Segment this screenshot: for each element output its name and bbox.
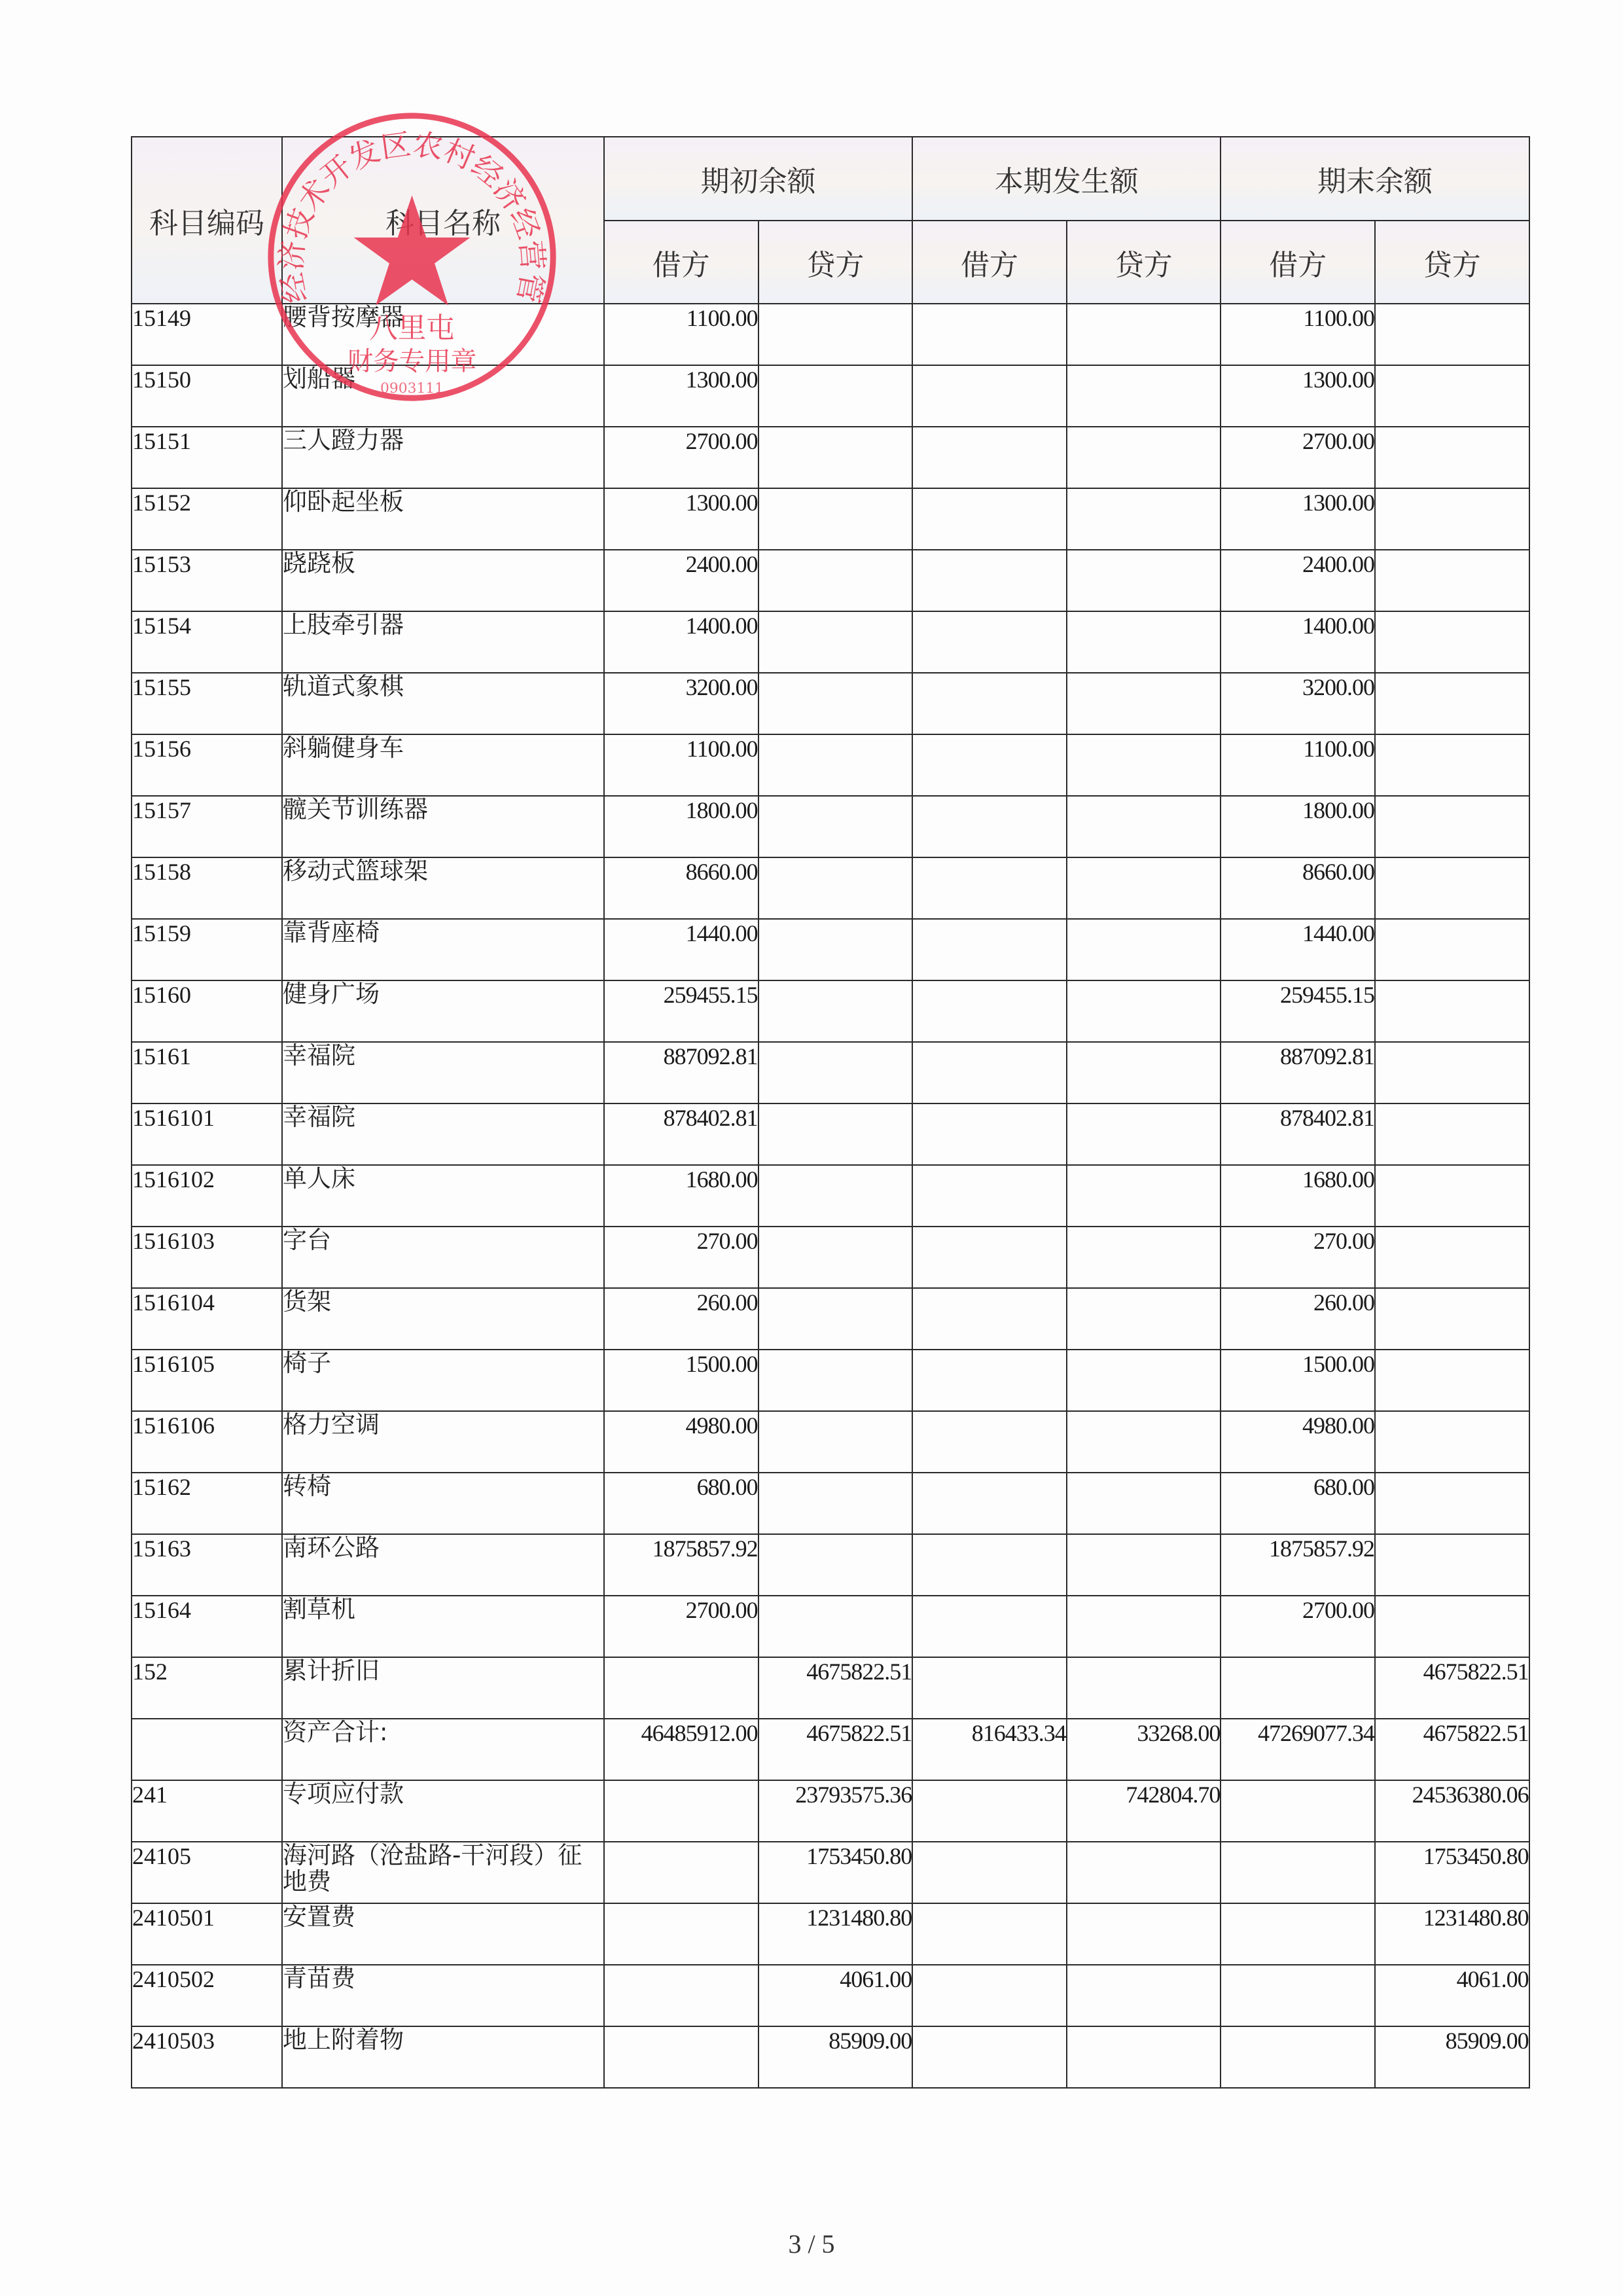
account-code: 15155	[132, 673, 282, 734]
amount-cur-dr	[912, 365, 1067, 427]
amount-end-dr	[1221, 1903, 1375, 1965]
table-row: 15164割草机2700.002700.00	[132, 1596, 1529, 1657]
amount-cur-cr	[1067, 1350, 1221, 1411]
table-row: 1516105椅子1500.001500.00	[132, 1350, 1529, 1411]
amount-end-dr: 47269077.34	[1221, 1719, 1375, 1780]
account-name: 割草机	[282, 1596, 604, 1657]
amount-end-cr: 4675822.51	[1375, 1657, 1529, 1719]
account-name: 腰背按摩器	[282, 304, 604, 365]
amount-cur-dr	[912, 919, 1067, 980]
table-row: 15158移动式篮球架8660.008660.00	[132, 857, 1529, 919]
amount-end-dr: 1800.00	[1221, 796, 1375, 857]
amount-cur-dr	[912, 1596, 1067, 1657]
amount-open-dr: 1100.00	[604, 304, 758, 365]
amount-end-dr: 1300.00	[1221, 365, 1375, 427]
account-name: 南环公路	[282, 1534, 604, 1596]
amount-open-cr	[758, 1288, 913, 1350]
amount-cur-cr	[1067, 980, 1221, 1042]
amount-end-dr	[1221, 2026, 1375, 2088]
amount-open-dr: 1100.00	[604, 734, 758, 796]
amount-cur-dr	[912, 2026, 1067, 2088]
account-name: 地上附着物	[282, 2026, 604, 2088]
amount-end-cr: 1231480.80	[1375, 1903, 1529, 1965]
account-name: 跷跷板	[282, 550, 604, 611]
account-name: 字台	[282, 1227, 604, 1288]
amount-open-dr: 8660.00	[604, 857, 758, 919]
account-name: 移动式篮球架	[282, 857, 604, 919]
amount-cur-dr	[912, 796, 1067, 857]
table-row: 2410503地上附着物85909.0085909.00	[132, 2026, 1529, 2088]
header-current-debit: 借方	[912, 221, 1067, 304]
amount-open-dr: 260.00	[604, 1288, 758, 1350]
amount-open-dr: 1875857.92	[604, 1534, 758, 1596]
amount-end-cr	[1375, 427, 1529, 488]
account-name: 幸福院	[282, 1042, 604, 1103]
header-opening-credit: 贷方	[758, 221, 913, 304]
account-code: 1516104	[132, 1288, 282, 1350]
account-code: 15151	[132, 427, 282, 488]
amount-open-cr	[758, 673, 913, 734]
account-code	[132, 1719, 282, 1780]
amount-open-cr	[758, 1042, 913, 1103]
account-name: 单人床	[282, 1165, 604, 1227]
table-row: 15162转椅680.00680.00	[132, 1473, 1529, 1534]
amount-cur-cr	[1067, 611, 1221, 673]
amount-cur-cr: 742804.70	[1067, 1780, 1221, 1842]
account-code: 15154	[132, 611, 282, 673]
amount-cur-cr	[1067, 304, 1221, 365]
amount-end-dr: 2700.00	[1221, 427, 1375, 488]
table-row: 24105海河路（沧盐路-干河段）征地费1753450.801753450.80	[132, 1842, 1529, 1903]
amount-end-dr: 270.00	[1221, 1227, 1375, 1288]
account-name: 轨道式象棋	[282, 673, 604, 734]
table-row: 15149腰背按摩器1100.001100.00	[132, 304, 1529, 365]
amount-end-cr	[1375, 611, 1529, 673]
account-name: 斜躺健身车	[282, 734, 604, 796]
amount-open-dr: 259455.15	[604, 980, 758, 1042]
amount-cur-dr	[912, 673, 1067, 734]
amount-open-dr	[604, 1965, 758, 2026]
account-code: 24105	[132, 1842, 282, 1903]
table-row: 2410501安置费1231480.801231480.80	[132, 1903, 1529, 1965]
amount-open-cr: 4675822.51	[758, 1657, 913, 1719]
amount-cur-cr	[1067, 734, 1221, 796]
amount-end-cr	[1375, 1350, 1529, 1411]
header-closing-credit: 贷方	[1375, 221, 1529, 304]
amount-end-cr	[1375, 304, 1529, 365]
amount-open-cr	[758, 427, 913, 488]
account-code: 1516106	[132, 1411, 282, 1473]
amount-cur-cr	[1067, 1103, 1221, 1165]
account-name: 幸福院	[282, 1103, 604, 1165]
amount-open-dr: 1800.00	[604, 796, 758, 857]
account-name: 安置费	[282, 1903, 604, 1965]
amount-end-cr	[1375, 734, 1529, 796]
amount-cur-cr	[1067, 673, 1221, 734]
amount-cur-cr	[1067, 1657, 1221, 1719]
amount-open-dr: 4980.00	[604, 1411, 758, 1473]
amount-cur-dr: 816433.34	[912, 1719, 1067, 1780]
amount-open-dr: 3200.00	[604, 673, 758, 734]
amount-open-cr: 85909.00	[758, 2026, 913, 2088]
amount-cur-dr	[912, 1227, 1067, 1288]
account-name: 椅子	[282, 1350, 604, 1411]
amount-end-dr	[1221, 1842, 1375, 1903]
table-row: 15161幸福院887092.81887092.81	[132, 1042, 1529, 1103]
amount-open-dr: 270.00	[604, 1227, 758, 1288]
table-row: 15154上肢牵引器1400.001400.00	[132, 611, 1529, 673]
table-row: 15150划船器1300.001300.00	[132, 365, 1529, 427]
account-code: 15161	[132, 1042, 282, 1103]
amount-end-dr: 3200.00	[1221, 673, 1375, 734]
amount-cur-cr	[1067, 1227, 1221, 1288]
amount-end-cr	[1375, 1165, 1529, 1227]
amount-cur-cr	[1067, 1965, 1221, 2026]
account-code: 15153	[132, 550, 282, 611]
amount-cur-cr	[1067, 488, 1221, 550]
amount-open-dr: 2400.00	[604, 550, 758, 611]
amount-end-cr	[1375, 1103, 1529, 1165]
amount-cur-dr	[912, 1534, 1067, 1596]
account-name: 海河路（沧盐路-干河段）征地费	[282, 1842, 604, 1903]
account-name: 健身广场	[282, 980, 604, 1042]
amount-open-dr	[604, 1780, 758, 1842]
account-name: 上肢牵引器	[282, 611, 604, 673]
amount-open-dr: 2700.00	[604, 1596, 758, 1657]
account-code: 15162	[132, 1473, 282, 1534]
amount-cur-cr	[1067, 1165, 1221, 1227]
header-opening-balance: 期初余额	[604, 137, 912, 221]
amount-cur-cr	[1067, 1042, 1221, 1103]
account-code: 2410502	[132, 1965, 282, 2026]
amount-open-cr	[758, 919, 913, 980]
amount-end-cr	[1375, 980, 1529, 1042]
account-name: 专项应付款	[282, 1780, 604, 1842]
account-name: 仰卧起坐板	[282, 488, 604, 550]
account-name: 格力空调	[282, 1411, 604, 1473]
amount-end-cr: 4675822.51	[1375, 1719, 1529, 1780]
account-name: 货架	[282, 1288, 604, 1350]
amount-open-cr	[758, 1596, 913, 1657]
account-name: 三人蹬力器	[282, 427, 604, 488]
amount-open-dr: 46485912.00	[604, 1719, 758, 1780]
amount-cur-dr	[912, 980, 1067, 1042]
amount-cur-dr	[912, 427, 1067, 488]
amount-cur-cr	[1067, 2026, 1221, 2088]
account-code: 1516101	[132, 1103, 282, 1165]
amount-open-dr: 878402.81	[604, 1103, 758, 1165]
amount-cur-dr	[912, 1411, 1067, 1473]
document-page: 科目编码 科目名称 期初余额 本期发生额 期末余额 借方 贷方 借方 贷方 借方…	[0, 0, 1623, 2296]
amount-open-cr	[758, 611, 913, 673]
table-row: 15151三人蹬力器2700.002700.00	[132, 427, 1529, 488]
amount-cur-cr	[1067, 1411, 1221, 1473]
amount-open-cr	[758, 304, 913, 365]
amount-cur-cr: 33268.00	[1067, 1719, 1221, 1780]
account-code: 152	[132, 1657, 282, 1719]
amount-end-cr: 24536380.06	[1375, 1780, 1529, 1842]
account-code: 15149	[132, 304, 282, 365]
account-code: 15156	[132, 734, 282, 796]
amount-end-cr	[1375, 1227, 1529, 1288]
amount-open-dr: 2700.00	[604, 427, 758, 488]
amount-cur-dr	[912, 1903, 1067, 1965]
amount-cur-dr	[912, 611, 1067, 673]
amount-cur-cr	[1067, 1288, 1221, 1350]
amount-cur-cr	[1067, 1473, 1221, 1534]
amount-end-dr: 1500.00	[1221, 1350, 1375, 1411]
header-closing-balance: 期末余额	[1221, 137, 1529, 221]
amount-cur-cr	[1067, 1903, 1221, 1965]
amount-open-cr	[758, 796, 913, 857]
amount-cur-cr	[1067, 1534, 1221, 1596]
amount-end-cr: 4061.00	[1375, 1965, 1529, 2026]
amount-cur-dr	[912, 488, 1067, 550]
amount-open-dr: 1300.00	[604, 365, 758, 427]
amount-end-dr: 8660.00	[1221, 857, 1375, 919]
amount-open-dr	[604, 1657, 758, 1719]
amount-end-dr: 2700.00	[1221, 1596, 1375, 1657]
amount-end-cr: 1753450.80	[1375, 1842, 1529, 1903]
amount-end-dr	[1221, 1780, 1375, 1842]
amount-open-cr: 23793575.36	[758, 1780, 913, 1842]
amount-open-dr: 1500.00	[604, 1350, 758, 1411]
amount-cur-cr	[1067, 1596, 1221, 1657]
amount-open-cr	[758, 857, 913, 919]
amount-cur-cr	[1067, 550, 1221, 611]
table-row: 1516102单人床1680.001680.00	[132, 1165, 1529, 1227]
amount-end-cr	[1375, 1288, 1529, 1350]
header-current-period: 本期发生额	[912, 137, 1221, 221]
amount-open-dr: 1440.00	[604, 919, 758, 980]
amount-cur-dr	[912, 1780, 1067, 1842]
account-name: 髋关节训练器	[282, 796, 604, 857]
amount-end-dr: 1100.00	[1221, 304, 1375, 365]
amount-open-cr	[758, 365, 913, 427]
amount-end-cr	[1375, 1411, 1529, 1473]
amount-cur-dr	[912, 1473, 1067, 1534]
amount-open-cr: 1753450.80	[758, 1842, 913, 1903]
account-code: 2410503	[132, 2026, 282, 2088]
amount-end-cr	[1375, 919, 1529, 980]
amount-open-cr	[758, 1473, 913, 1534]
balance-table: 科目编码 科目名称 期初余额 本期发生额 期末余额 借方 贷方 借方 贷方 借方…	[131, 136, 1530, 2089]
account-name: 累计折旧	[282, 1657, 604, 1719]
account-code: 1516102	[132, 1165, 282, 1227]
amount-open-cr	[758, 734, 913, 796]
amount-cur-cr	[1067, 857, 1221, 919]
header-account-code: 科目编码	[132, 137, 282, 304]
table-row: 15153跷跷板2400.002400.00	[132, 550, 1529, 611]
table-row: 1516106格力空调4980.004980.00	[132, 1411, 1529, 1473]
amount-cur-cr	[1067, 1842, 1221, 1903]
amount-cur-dr	[912, 1965, 1067, 2026]
amount-cur-dr	[912, 1350, 1067, 1411]
amount-end-cr	[1375, 1534, 1529, 1596]
account-code: 15157	[132, 796, 282, 857]
amount-open-cr	[758, 488, 913, 550]
table-row: 241专项应付款23793575.36742804.7024536380.06	[132, 1780, 1529, 1842]
amount-open-cr	[758, 1350, 913, 1411]
amount-open-dr	[604, 2026, 758, 2088]
amount-end-cr	[1375, 365, 1529, 427]
amount-open-dr: 680.00	[604, 1473, 758, 1534]
account-name: 划船器	[282, 365, 604, 427]
amount-open-cr	[758, 1534, 913, 1596]
account-code: 1516105	[132, 1350, 282, 1411]
amount-end-cr	[1375, 673, 1529, 734]
amount-open-dr	[604, 1842, 758, 1903]
amount-open-cr	[758, 1411, 913, 1473]
amount-cur-dr	[912, 1165, 1067, 1227]
amount-open-dr: 887092.81	[604, 1042, 758, 1103]
account-name: 青苗费	[282, 1965, 604, 2026]
amount-end-dr: 2400.00	[1221, 550, 1375, 611]
amount-open-cr	[758, 550, 913, 611]
amount-cur-dr	[912, 734, 1067, 796]
table-row: 1516104货架260.00260.00	[132, 1288, 1529, 1350]
amount-end-dr: 1440.00	[1221, 919, 1375, 980]
amount-end-dr: 1300.00	[1221, 488, 1375, 550]
amount-cur-dr	[912, 550, 1067, 611]
amount-end-cr	[1375, 857, 1529, 919]
table-row: 15159靠背座椅1440.001440.00	[132, 919, 1529, 980]
amount-cur-cr	[1067, 796, 1221, 857]
account-code: 2410501	[132, 1903, 282, 1965]
table-row: 2410502青苗费4061.004061.00	[132, 1965, 1529, 2026]
amount-cur-dr	[912, 1288, 1067, 1350]
table-row: 15163南环公路1875857.921875857.92	[132, 1534, 1529, 1596]
table-row: 1516101幸福院878402.81878402.81	[132, 1103, 1529, 1165]
table-row: 15152仰卧起坐板1300.001300.00	[132, 488, 1529, 550]
account-code: 241	[132, 1780, 282, 1842]
account-code: 15158	[132, 857, 282, 919]
account-code: 15159	[132, 919, 282, 980]
amount-end-cr	[1375, 796, 1529, 857]
amount-cur-dr	[912, 1042, 1067, 1103]
amount-end-cr: 85909.00	[1375, 2026, 1529, 2088]
table-row: 15156斜躺健身车1100.001100.00	[132, 734, 1529, 796]
account-code: 15163	[132, 1534, 282, 1596]
amount-end-dr: 680.00	[1221, 1473, 1375, 1534]
account-name: 转椅	[282, 1473, 604, 1534]
header-opening-debit: 借方	[604, 221, 758, 304]
amount-end-cr	[1375, 550, 1529, 611]
amount-end-dr: 4980.00	[1221, 1411, 1375, 1473]
amount-cur-dr	[912, 304, 1067, 365]
account-name: 靠背座椅	[282, 919, 604, 980]
amount-open-dr: 1400.00	[604, 611, 758, 673]
amount-end-dr: 1400.00	[1221, 611, 1375, 673]
table-row: 152累计折旧4675822.514675822.51	[132, 1657, 1529, 1719]
amount-end-dr: 259455.15	[1221, 980, 1375, 1042]
table-row: 1516103字台270.00270.00	[132, 1227, 1529, 1288]
amount-end-dr: 887092.81	[1221, 1042, 1375, 1103]
amount-end-dr: 260.00	[1221, 1288, 1375, 1350]
amount-end-dr	[1221, 1965, 1375, 2026]
account-code: 15160	[132, 980, 282, 1042]
table-row: 15157髋关节训练器1800.001800.00	[132, 796, 1529, 857]
amount-open-cr: 4061.00	[758, 1965, 913, 2026]
amount-end-dr: 1875857.92	[1221, 1534, 1375, 1596]
header-closing-debit: 借方	[1221, 221, 1375, 304]
account-code: 15164	[132, 1596, 282, 1657]
amount-cur-dr	[912, 857, 1067, 919]
amount-cur-dr	[912, 1103, 1067, 1165]
amount-open-dr: 1300.00	[604, 488, 758, 550]
amount-cur-dr	[912, 1842, 1067, 1903]
table-row: 15160健身广场259455.15259455.15	[132, 980, 1529, 1042]
amount-open-cr	[758, 1103, 913, 1165]
amount-cur-cr	[1067, 427, 1221, 488]
table-row: 15155轨道式象棋3200.003200.00	[132, 673, 1529, 734]
amount-open-dr	[604, 1903, 758, 1965]
amount-end-cr	[1375, 1042, 1529, 1103]
amount-open-cr: 4675822.51	[758, 1719, 913, 1780]
table-row: 资产合计:46485912.004675822.51816433.3433268…	[132, 1719, 1529, 1780]
account-code: 1516103	[132, 1227, 282, 1288]
amount-end-cr	[1375, 1473, 1529, 1534]
header-account-name: 科目名称	[282, 137, 604, 304]
account-code: 15152	[132, 488, 282, 550]
account-name: 资产合计:	[282, 1719, 604, 1780]
account-code: 15150	[132, 365, 282, 427]
amount-cur-dr	[912, 1657, 1067, 1719]
amount-cur-cr	[1067, 919, 1221, 980]
amount-open-dr: 1680.00	[604, 1165, 758, 1227]
amount-open-cr	[758, 980, 913, 1042]
amount-open-cr	[758, 1227, 913, 1288]
header-current-credit: 贷方	[1067, 221, 1221, 304]
amount-open-cr	[758, 1165, 913, 1227]
amount-cur-cr	[1067, 365, 1221, 427]
amount-end-cr	[1375, 488, 1529, 550]
amount-open-cr: 1231480.80	[758, 1903, 913, 1965]
amount-end-dr: 1680.00	[1221, 1165, 1375, 1227]
amount-end-cr	[1375, 1596, 1529, 1657]
amount-end-dr	[1221, 1657, 1375, 1719]
table-body: 15149腰背按摩器1100.001100.0015150划船器1300.001…	[132, 304, 1529, 2088]
amount-end-dr: 878402.81	[1221, 1103, 1375, 1165]
amount-end-dr: 1100.00	[1221, 734, 1375, 796]
page-number: 3 / 5	[0, 2229, 1623, 2259]
